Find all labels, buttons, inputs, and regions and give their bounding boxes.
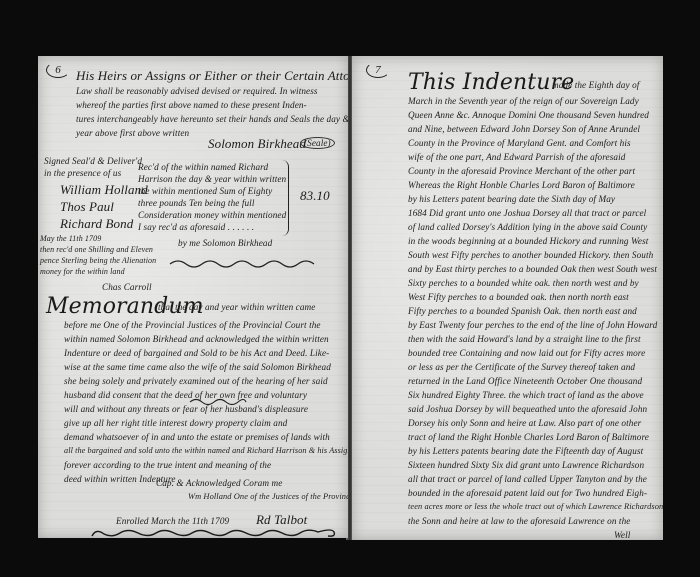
left-opening-line-2: Law shall be reasonably advised devised … — [76, 86, 318, 96]
indenture-title: This Indenture — [408, 70, 574, 95]
memorandum-line-12: forever according to the true intent and… — [64, 460, 271, 470]
memorandum-line-6: she being solely and privately examined … — [64, 376, 328, 386]
indenture-line-19: then with the said Howard's land by a st… — [408, 334, 641, 344]
indenture-line-23: Six hundred Eighty Three. the which trac… — [408, 390, 644, 400]
memorandum-line-10: demand whatsoever of in and unto the est… — [64, 432, 330, 442]
margin-note-line-4: money for the within land — [40, 267, 125, 276]
indenture-line-15: Sixty perches to a bounded white oak. th… — [408, 278, 639, 288]
indenture-line-8: Whereas the Right Honble Charles Lord Ba… — [408, 180, 635, 190]
left-opening-line-1: His Heirs or Assigns or Either or their … — [76, 68, 348, 84]
indenture-line-9: by his Letters patent bearing date the S… — [408, 194, 615, 204]
indenture-line-13: South west Fifty perches to another boun… — [408, 250, 653, 260]
indenture-line-29: all that tract or parcel of land called … — [408, 474, 647, 484]
indenture-line-18: by East Twenty four perches to the end o… — [408, 320, 657, 330]
indenture-line-12: in the woods beginning at a bounded Hick… — [408, 236, 648, 246]
receipt-line-6: I say rec'd as aforesaid . . . . . . — [138, 222, 254, 232]
indenture-line-14: and by East thirty perches to a bounded … — [408, 264, 657, 274]
indenture-line-28: Sixteen hundred Sixty Six did grant unto… — [408, 460, 644, 470]
left-opening-line-4: tures interchangeably have hereunto set … — [76, 114, 348, 124]
receipt-signature: by me Solomon Birkhead — [178, 238, 272, 248]
margin-note-line-2: then rec'd one Shilling and Eleven — [40, 245, 153, 254]
memorandum-line-9: give up all her right title interest dow… — [64, 418, 287, 428]
memorandum-line-7: husband did consent that the deed of her… — [64, 390, 307, 400]
indenture-line-21: or less as per the Certificate of the Su… — [408, 362, 635, 372]
witness-william-holland: William Holland — [60, 182, 148, 198]
witness-thos-paul: Thos Paul — [60, 199, 114, 215]
indenture-line-4: and Nine, between Edward John Dorsey Son… — [408, 124, 640, 134]
receipt-brace — [282, 160, 289, 236]
closing-flourish — [90, 526, 340, 538]
receipt-line-4: three pounds Ten being the full — [138, 198, 255, 208]
receipt-amount: 83.10 — [300, 188, 330, 204]
indenture-line-7: County in the aforesaid Province Merchan… — [408, 166, 635, 176]
indenture-line-2: March in the Seventh year of the reign o… — [408, 96, 639, 106]
indenture-line-6: wife of the one part, And Edward Parrish… — [408, 152, 625, 162]
folio-number-right: 7 — [366, 62, 390, 78]
indenture-line-11: of land called Dorsey's Addition lying i… — [408, 222, 647, 232]
receipt-line-5: Consideration money within mentioned — [138, 210, 286, 220]
indenture-line-17: Fifty perches to a bounded Spanish Oak. … — [408, 306, 637, 316]
indenture-line-3: Queen Anne &c. Annoque Domini One thousa… — [408, 110, 649, 120]
memorandum-line-3: within named Solomon Birkhead and acknow… — [64, 334, 329, 344]
witness-heading-1: Signed Seal'd & Deliver'd — [44, 156, 142, 166]
indenture-line-25: Dorsey his only Sonn and heire at Law. A… — [408, 418, 641, 428]
indenture-line-26: tract of land the Right Honble Charles L… — [408, 432, 649, 442]
receipt-line-1: Rec'd of the within named Richard — [138, 162, 268, 172]
memorandum-line-11: all the bargained and sold unto the with… — [64, 446, 348, 455]
margin-signer: Chas Carroll — [102, 282, 152, 292]
memorandum-line-1: that the day and year within written cam… — [158, 302, 315, 312]
memorandum-line-8: will and without any threats or fear of … — [64, 404, 308, 414]
left-opening-line-5: year above first above written — [76, 128, 189, 138]
indenture-line-31: teen acres more or less the whole tract … — [408, 502, 663, 511]
margin-note-line-3: pence Sterling being the Alienation — [40, 256, 156, 265]
justice-signature: Wm Holland One of the Justices of the Pr… — [188, 492, 348, 501]
indenture-line-10: 1684 Did grant unto one Joshua Dorsey al… — [408, 208, 646, 218]
entry-note: Enrolled March the 11th 1709 — [116, 516, 229, 526]
indenture-line-27: by his Letters patents bearing date the … — [408, 446, 643, 456]
indenture-line-16: West Fifty perches to a bounded oak. the… — [408, 292, 629, 302]
left-opening-line-3: whereof the parties first above named to… — [76, 100, 307, 110]
receipt-line-2: Harrison the day & year within written — [138, 174, 286, 184]
indenture-line-32: the Sonn and heire at law to the aforesa… — [408, 516, 630, 526]
separator-flourish-1 — [168, 256, 318, 270]
indenture-line-5: County in the Province of Maryland Gent.… — [408, 138, 631, 148]
memorandum-line-4: Indenture or deed of bargained and Sold … — [64, 348, 329, 358]
signature-solomon-birkhead: Solomon Birkhead — [208, 136, 306, 152]
folio-number-left: 6 — [46, 62, 70, 78]
memorandum-line-2: before me One of the Provincial Justices… — [64, 320, 321, 330]
indenture-line-20: bounded tree Containing and now laid out… — [408, 348, 645, 358]
witness-richard-bond: Richard Bond — [60, 216, 133, 232]
seal-mark: (Seale) — [300, 137, 335, 149]
margin-note-line-1: May the 11th 1709 — [40, 234, 101, 243]
receipt-line-3: the within mentioned Sum of Eighty — [138, 186, 272, 196]
indenture-line-30: bounded in the aforesaid patent laid out… — [408, 488, 647, 498]
acknowledgment-line: Cap. & Acknowledged Coram me — [156, 478, 282, 488]
indenture-line-1: made the Eighth day of — [552, 80, 639, 90]
separator-flourish-2 — [188, 396, 248, 408]
indenture-line-24: said Joshua Dorsey by will bequeathed un… — [408, 404, 647, 414]
right-page: 7 This Indenture made the Eighth day of … — [352, 56, 663, 540]
witness-heading-2: in the presence of us — [44, 168, 121, 178]
indenture-line-22: returned in the Land Office Nineteenth O… — [408, 376, 642, 386]
memorandum-line-5: wise at the same time came also the wife… — [64, 362, 331, 372]
left-page: 6 His Heirs or Assigns or Either or thei… — [38, 56, 348, 538]
catchword: Well — [614, 530, 630, 540]
